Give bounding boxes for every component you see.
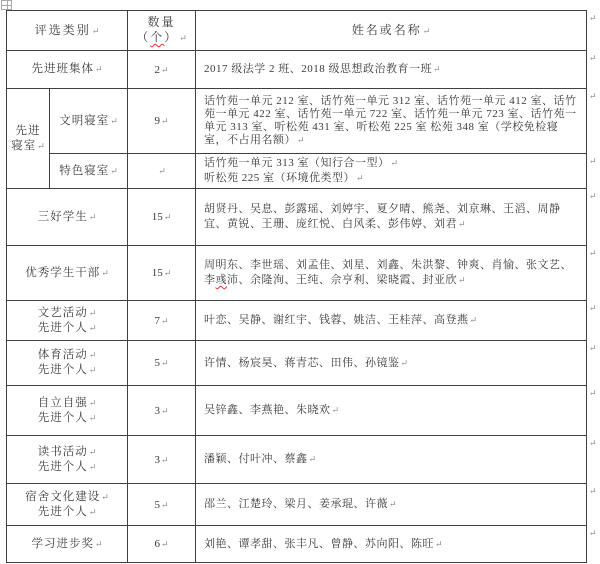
category-cell: 宿舍文化建设↵ 先进个人↵ <box>7 484 128 526</box>
names-cell: 吴锌鑫、李燕艳、朱晓欢↵ <box>196 386 587 436</box>
header-names: 姓名或名称↵ <box>196 11 587 51</box>
table-move-handle-icon[interactable] <box>1 0 12 10</box>
row-end-mark: ↵ <box>589 388 597 399</box>
header-category: 评选类别↵ <box>7 11 128 51</box>
row-end-mark: ↵ <box>589 528 597 539</box>
row-end-mark: ↵ <box>589 13 597 24</box>
names-cell: 话竹苑一单元 212 室、话竹苑一单元 312 室、话竹苑一单元 412 室、话… <box>196 89 587 154</box>
quantity-cell: 7↵ <box>128 301 196 341</box>
row-end-mark: ↵ <box>589 53 597 64</box>
quantity-cell: 5↵ <box>128 484 196 526</box>
quantity-cell: 15↵ <box>128 189 196 246</box>
quantity-cell: ↵ <box>128 154 196 189</box>
names-cell: 许情、杨宸昊、蒋青芯、田伟、孙镜鉴↵ <box>196 341 587 386</box>
quantity-cell: 5↵ <box>128 341 196 386</box>
award-table: 评选类别↵ 数量（个）↵ 姓名或名称↵ 先进班集体↵ 2↵ 2017 级法学 2… <box>6 10 587 563</box>
table-row: 读书活动↵ 先进个人↵ 3↵ 潘颖、付叶冲、蔡鑫↵ <box>7 436 587 484</box>
category-cell: 文明寝室↵ <box>50 89 128 154</box>
table-row: 先进 寝室↵ 文明寝室↵ 9↵ 话竹苑一单元 212 室、话竹苑一单元 312 … <box>7 89 587 154</box>
category-cell: 读书活动↵ 先进个人↵ <box>7 436 128 484</box>
header-quantity: 数量（个）↵ <box>128 11 196 51</box>
quantity-cell: 15↵ <box>128 246 196 301</box>
document-page: 评选类别↵ 数量（个）↵ 姓名或名称↵ 先进班集体↵ 2↵ 2017 级法学 2… <box>0 0 600 564</box>
table-row: 宿舍文化建设↵ 先进个人↵ 5↵ 邵兰、江楚玲、梁月、姜承琨、许薇↵ <box>7 484 587 526</box>
table-row: 学习进步奖↵ 6↵ 刘艳、谭孝甜、张丰凡、曾静、苏向阳、陈旺↵ <box>7 526 587 563</box>
table-row: 先进班集体↵ 2↵ 2017 级法学 2 班、2018 级思想政治教育一班↵ <box>7 51 587 89</box>
table-row: 体育活动↵ 先进个人↵ 5↵ 许情、杨宸昊、蒋青芯、田伟、孙镜鉴↵ <box>7 341 587 386</box>
names-cell: 话竹苑一单元 313 室（知行合一型）↵ 听松苑 225 室（环境优类型）↵ <box>196 154 587 189</box>
category-cell: 自立自强↵ 先进个人↵ <box>7 386 128 436</box>
row-end-mark: ↵ <box>589 191 597 202</box>
row-end-mark: ↵ <box>589 91 597 102</box>
row-end-mark: ↵ <box>589 438 597 449</box>
names-cell: 2017 级法学 2 班、2018 级思想政治教育一班↵ <box>196 51 587 89</box>
quantity-cell: 2↵ <box>128 51 196 89</box>
names-cell: 叶恋、吴静、谢红宇、钱蓉、姚洁、王桂萍、高登燕↵ <box>196 301 587 341</box>
quantity-cell: 3↵ <box>128 386 196 436</box>
category-cell: 特色寝室↵ <box>50 154 128 189</box>
table-row: 文艺活动↵ 先进个人↵ 7↵ 叶恋、吴静、谢红宇、钱蓉、姚洁、王桂萍、高登燕↵ <box>7 301 587 341</box>
quantity-cell: 9↵ <box>128 89 196 154</box>
names-cell: 潘颖、付叶冲、蔡鑫↵ <box>196 436 587 484</box>
row-end-mark: ↵ <box>589 156 597 167</box>
table-header-row: 评选类别↵ 数量（个）↵ 姓名或名称↵ <box>7 11 587 51</box>
table-row: 三好学生↵ 15↵ 胡贤丹、吴息、彭露瑶、刘婷宇、夏夕晴、熊尧、刘京琳、王滔、周… <box>7 189 587 246</box>
category-cell: 文艺活动↵ 先进个人↵ <box>7 301 128 341</box>
category-cell: 学习进步奖↵ <box>7 526 128 563</box>
names-cell: 刘艳、谭孝甜、张丰凡、曾静、苏向阳、陈旺↵ <box>196 526 587 563</box>
category-cell: 优秀学生干部↵ <box>7 246 128 301</box>
row-end-mark: ↵ <box>589 486 597 497</box>
row-end-mark: ↵ <box>589 303 597 314</box>
category-cell: 体育活动↵ 先进个人↵ <box>7 341 128 386</box>
table-row: 优秀学生干部↵ 15↵ 周明东、李世瑶、刘孟佳、刘星、刘鑫、朱洪黎、钟爽、肖愉、… <box>7 246 587 301</box>
names-cell: 周明东、李世瑶、刘孟佳、刘星、刘鑫、朱洪黎、钟爽、肖愉、张文艺、李彧沛、余隆洵、… <box>196 246 587 301</box>
category-cell: 三好学生↵ <box>7 189 128 246</box>
group-cell: 先进 寝室↵ <box>7 89 50 189</box>
quantity-cell: 3↵ <box>128 436 196 484</box>
names-cell: 胡贤丹、吴息、彭露瑶、刘婷宇、夏夕晴、熊尧、刘京琳、王滔、周静宜、黄锐、王珊、庞… <box>196 189 587 246</box>
quantity-cell: 6↵ <box>128 526 196 563</box>
row-end-mark: ↵ <box>589 248 597 259</box>
category-cell: 先进班集体↵ <box>7 51 128 89</box>
row-end-mark: ↵ <box>589 343 597 354</box>
table-row: 自立自强↵ 先进个人↵ 3↵ 吴锌鑫、李燕艳、朱晓欢↵ <box>7 386 587 436</box>
table-row: 特色寝室↵ ↵ 话竹苑一单元 313 室（知行合一型）↵ 听松苑 225 室（环… <box>7 154 587 189</box>
names-cell: 邵兰、江楚玲、梁月、姜承琨、许薇↵ <box>196 484 587 526</box>
